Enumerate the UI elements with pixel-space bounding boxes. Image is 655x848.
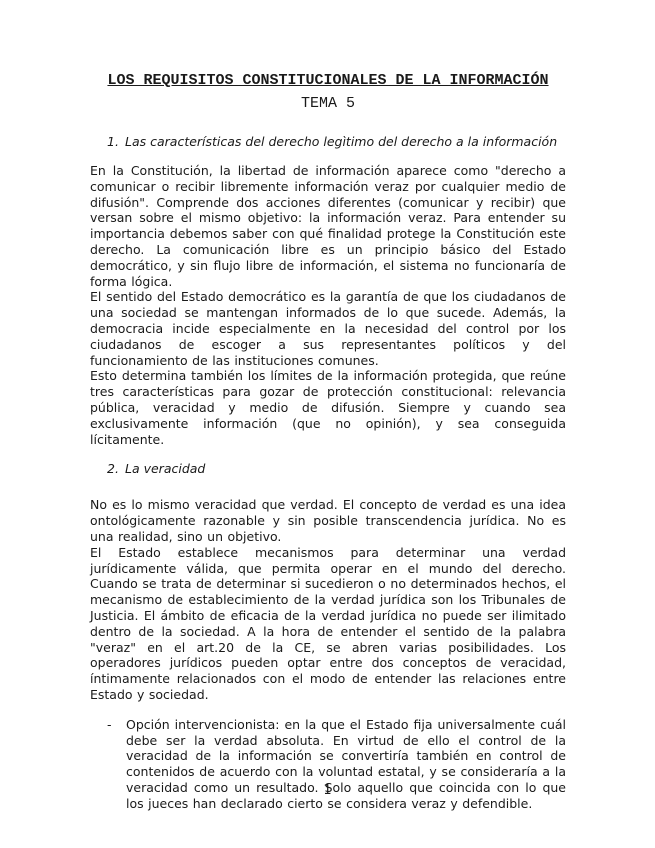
document-title: LOS REQUISITOS CONSTITUCIONALES DE LA IN… xyxy=(90,72,566,90)
document-subtitle: TEMA 5 xyxy=(90,95,566,113)
section-1-paragraph-1: En la Constitución, la libertad de infor… xyxy=(90,163,566,289)
document-content: LOS REQUISITOS CONSTITUCIONALES DE LA IN… xyxy=(90,72,566,811)
section-heading-1: 1. Las características del derecho legìt… xyxy=(90,134,566,150)
section-1-paragraph-3: Esto determina también los límites de la… xyxy=(90,368,566,447)
section-2-number: 2. xyxy=(107,461,125,477)
section-1-number: 1. xyxy=(107,134,125,150)
section-1-paragraph-2: El sentido del Estado democrático es la … xyxy=(90,289,566,368)
section-heading-2: 2. La veracidad xyxy=(90,461,566,477)
section-2-paragraph-2: El Estado establece mecanismos para dete… xyxy=(90,545,566,703)
section-2-paragraph-1: No es lo mismo veracidad que verdad. El … xyxy=(90,497,566,544)
section-2-title: La veracidad xyxy=(125,461,566,477)
document-page: LOS REQUISITOS CONSTITUCIONALES DE LA IN… xyxy=(0,0,655,848)
section-1-title: Las características del derecho legìtimo… xyxy=(125,134,566,150)
page-number: 1 xyxy=(0,783,655,798)
